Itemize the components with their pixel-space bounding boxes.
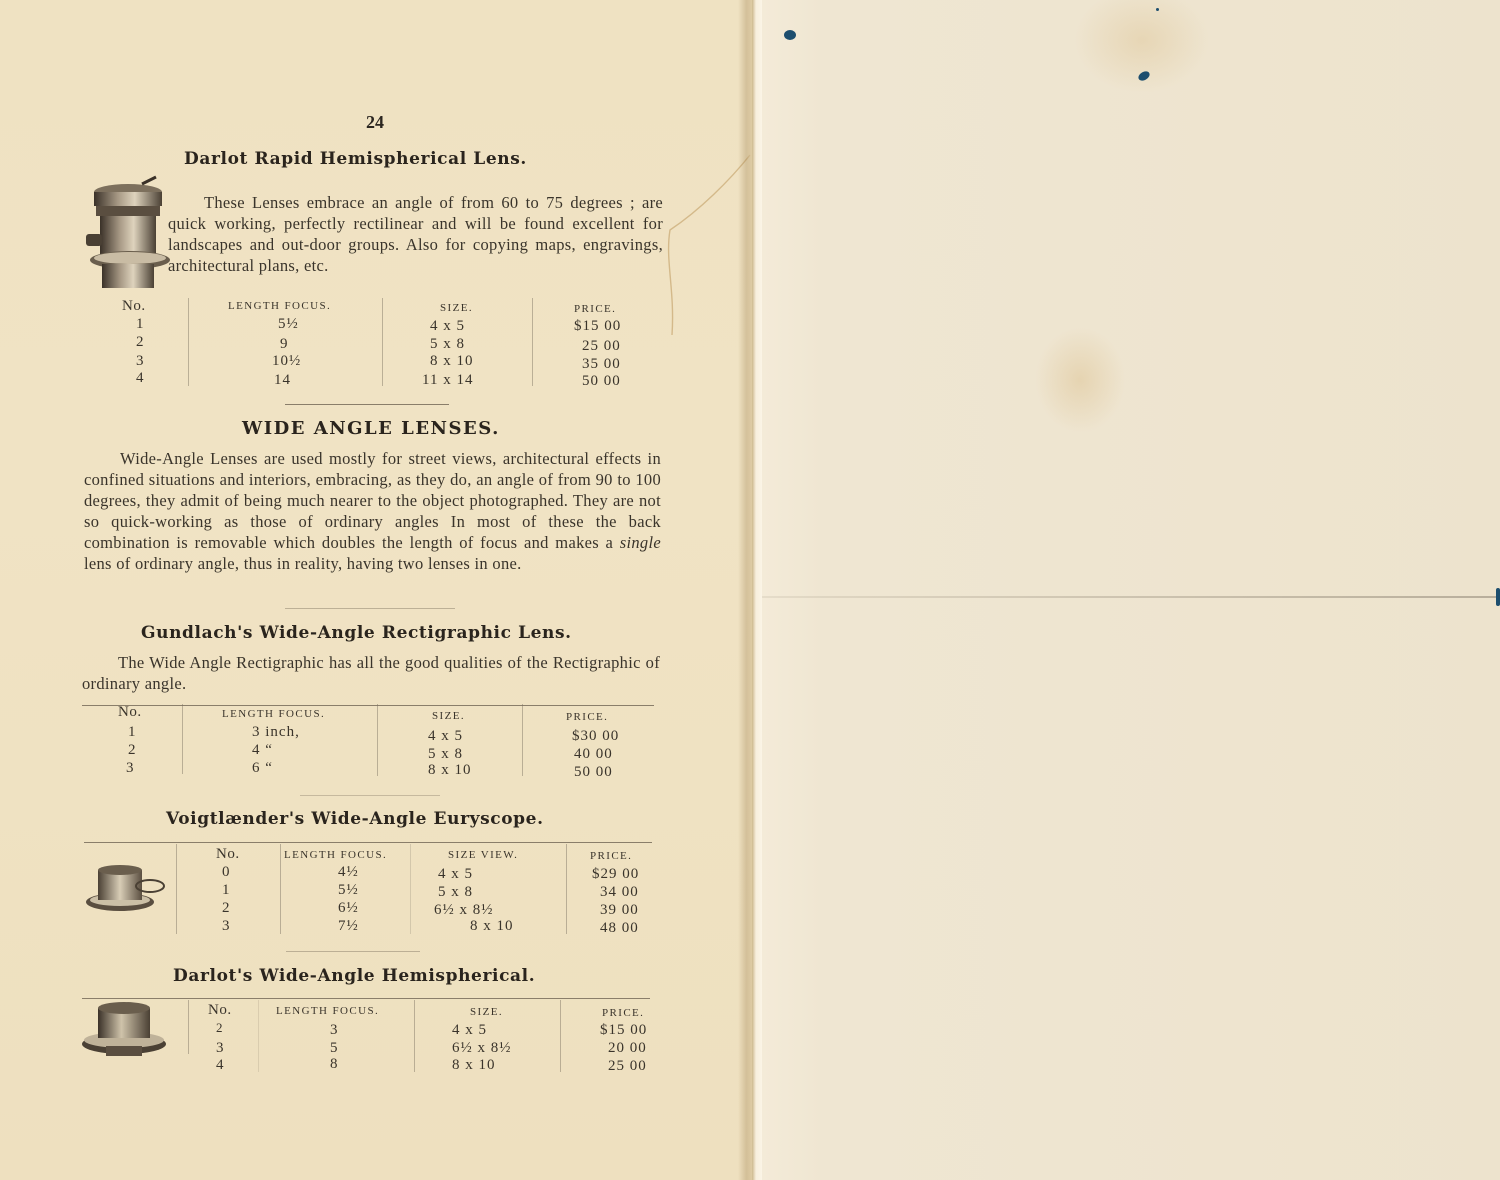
ink-spot <box>1137 70 1151 83</box>
header-no: No. <box>118 704 142 721</box>
table-top-rule <box>82 998 650 999</box>
header-no: No. <box>208 1002 232 1019</box>
header-price: PRICE. <box>590 850 632 862</box>
gundlach-description: The Wide Angle Rectigraphic has all the … <box>82 652 660 694</box>
column-divider <box>188 298 189 386</box>
column-divider <box>566 844 567 934</box>
voigtlander-title: Voigtlænder's Wide-Angle Euryscope. <box>166 809 544 829</box>
section-divider <box>285 404 449 405</box>
column-divider <box>280 844 281 934</box>
header-no: No. <box>122 298 146 315</box>
column-divider <box>377 704 378 776</box>
header-size: SIZE. <box>440 302 473 314</box>
header-size: SIZE. <box>432 710 465 722</box>
darlot-wide-price-table: No. LENGTH FOCUS. SIZE. PRICE. 2 3 4 x 5… <box>82 1000 650 1076</box>
section-divider <box>286 951 420 952</box>
rapid-lens-illustration <box>84 174 170 294</box>
column-divider <box>382 298 383 386</box>
column-divider <box>176 844 177 934</box>
section-divider <box>285 608 455 609</box>
header-no: No. <box>216 846 240 863</box>
header-price: PRICE. <box>566 711 608 723</box>
wide-angle-description: Wide-Angle Lenses are used mostly for st… <box>84 448 661 574</box>
column-divider <box>522 704 523 776</box>
column-divider <box>410 844 411 934</box>
column-divider <box>182 704 183 774</box>
section-divider <box>300 795 440 796</box>
header-price: PRICE. <box>574 303 616 315</box>
column-divider <box>560 1000 561 1072</box>
column-divider <box>258 1000 259 1072</box>
header-length-focus: LENGTH FOCUS. <box>222 708 325 720</box>
wide-angle-title: WIDE ANGLE LENSES. <box>242 418 500 439</box>
column-divider <box>188 1000 189 1054</box>
darlot-wide-title: Darlot's Wide-Angle Hemispherical. <box>173 966 535 986</box>
voigtlander-price-table: No. LENGTH FOCUS. SIZE VIEW. PRICE. 0 4½… <box>84 844 652 938</box>
ink-spot <box>1156 8 1159 11</box>
header-length-focus: LENGTH FOCUS. <box>276 1005 379 1017</box>
book-spread: 24 Darlot Rapid Hemispherical Lens. <box>0 0 1500 1180</box>
ink-spot <box>784 30 796 40</box>
gundlach-title: Gundlach's Wide-Angle Rectigraphic Lens. <box>141 623 572 643</box>
header-length-focus: LENGTH FOCUS. <box>284 849 387 861</box>
left-page: 24 Darlot Rapid Hemispherical Lens. <box>0 0 752 1180</box>
ink-spot <box>1496 588 1500 606</box>
book-gutter <box>752 0 762 1180</box>
page-number: 24 <box>366 112 384 133</box>
darlot-rapid-title: Darlot Rapid Hemispherical Lens. <box>184 149 527 169</box>
column-divider <box>532 298 533 386</box>
header-length-focus: LENGTH FOCUS. <box>228 300 331 312</box>
header-size-view: SIZE VIEW. <box>448 849 518 861</box>
column-divider <box>414 1000 415 1072</box>
right-page-blank <box>762 0 1500 1180</box>
header-size: SIZE. <box>470 1006 503 1018</box>
darlot-rapid-price-table: No. LENGTH FOCUS. SIZE. PRICE. 1 5½ 4 x … <box>100 298 660 390</box>
gundlach-price-table: No. LENGTH FOCUS. SIZE. PRICE. 1 3 inch,… <box>82 704 654 780</box>
darlot-rapid-description: These Lenses embrace an angle of from 60… <box>168 192 663 276</box>
table-top-rule <box>84 842 652 843</box>
header-price: PRICE. <box>602 1007 644 1019</box>
